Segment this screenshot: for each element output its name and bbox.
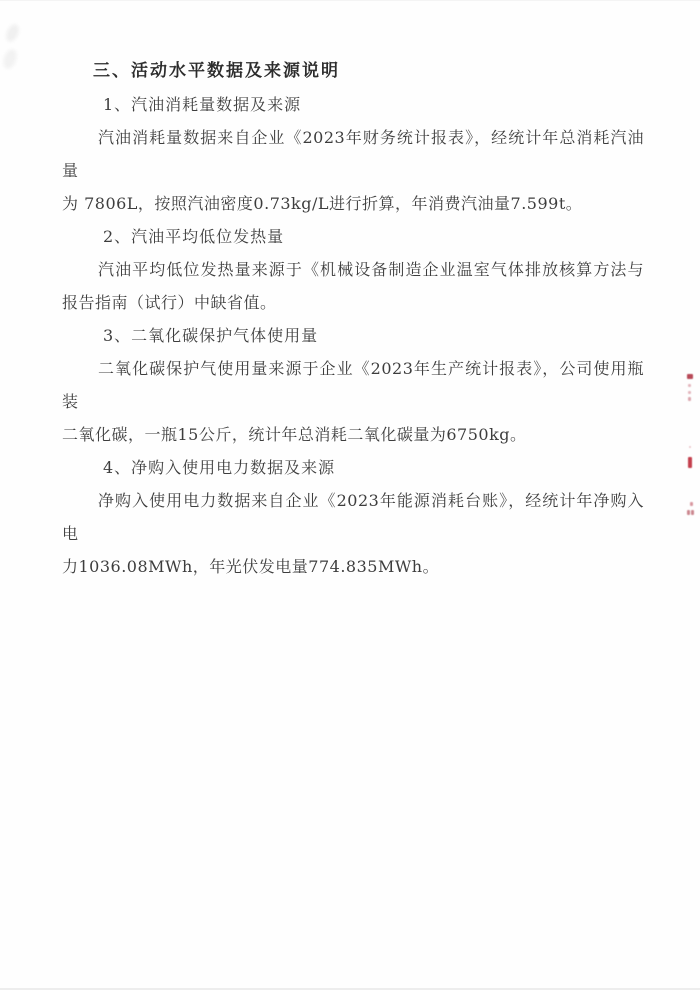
document-page: 三、活动水平数据及来源说明 1、汽油消耗量数据及来源 汽油消耗量数据来自企业《2…	[0, 0, 700, 990]
item-title-1: 1、汽油消耗量数据及来源	[103, 88, 644, 121]
red-stamp-fragment	[687, 510, 690, 515]
document-body: 三、活动水平数据及来源说明 1、汽油消耗量数据及来源 汽油消耗量数据来自企业《2…	[62, 55, 644, 583]
paragraph-line: 汽油平均低位发热量来源于《机械设备制造企业温室气体排放核算方法与	[62, 253, 644, 286]
red-stamp-fragment	[689, 446, 691, 448]
item-title-3: 3、二氧化碳保护气体使用量	[103, 319, 644, 352]
paragraph-line: 二氧化碳，一瓶15公斤，统计年总消耗二氧化碳量为6750kg。	[62, 418, 644, 451]
section-heading: 三、活动水平数据及来源说明	[93, 55, 644, 88]
scan-smudge	[4, 23, 22, 44]
red-stamp-fragment	[691, 510, 694, 515]
red-stamp-fragment	[688, 457, 692, 468]
red-stamp-fragment	[690, 502, 693, 506]
red-stamp-fragment	[688, 384, 691, 387]
paragraph-line: 净购入使用电力数据来自企业《2023年能源消耗台账》，经统计年净购入电	[62, 484, 644, 550]
paragraph-line: 汽油消耗量数据来自企业《2023年财务统计报表》，经统计年总消耗汽油量	[62, 121, 644, 187]
red-stamp-fragment	[687, 374, 693, 379]
red-stamp-fragment	[688, 397, 691, 401]
item-title-4: 4、净购入使用电力数据及来源	[103, 451, 644, 484]
paragraph-line: 力1036.08MWh，年光伏发电量774.835MWh。	[62, 550, 644, 583]
scan-smudge	[1, 48, 19, 71]
paragraph-line: 报告指南（试行）中缺省值。	[62, 286, 644, 319]
item-title-2: 2、汽油平均低位发热量	[103, 220, 644, 253]
paragraph-line: 为 7806L，按照汽油密度0.73kg/L进行折算，年消费汽油量7.599t。	[62, 187, 644, 220]
red-stamp-fragment	[688, 391, 691, 394]
paragraph-line: 二氧化碳保护气使用量来源于企业《2023年生产统计报表》，公司使用瓶装	[62, 352, 644, 418]
